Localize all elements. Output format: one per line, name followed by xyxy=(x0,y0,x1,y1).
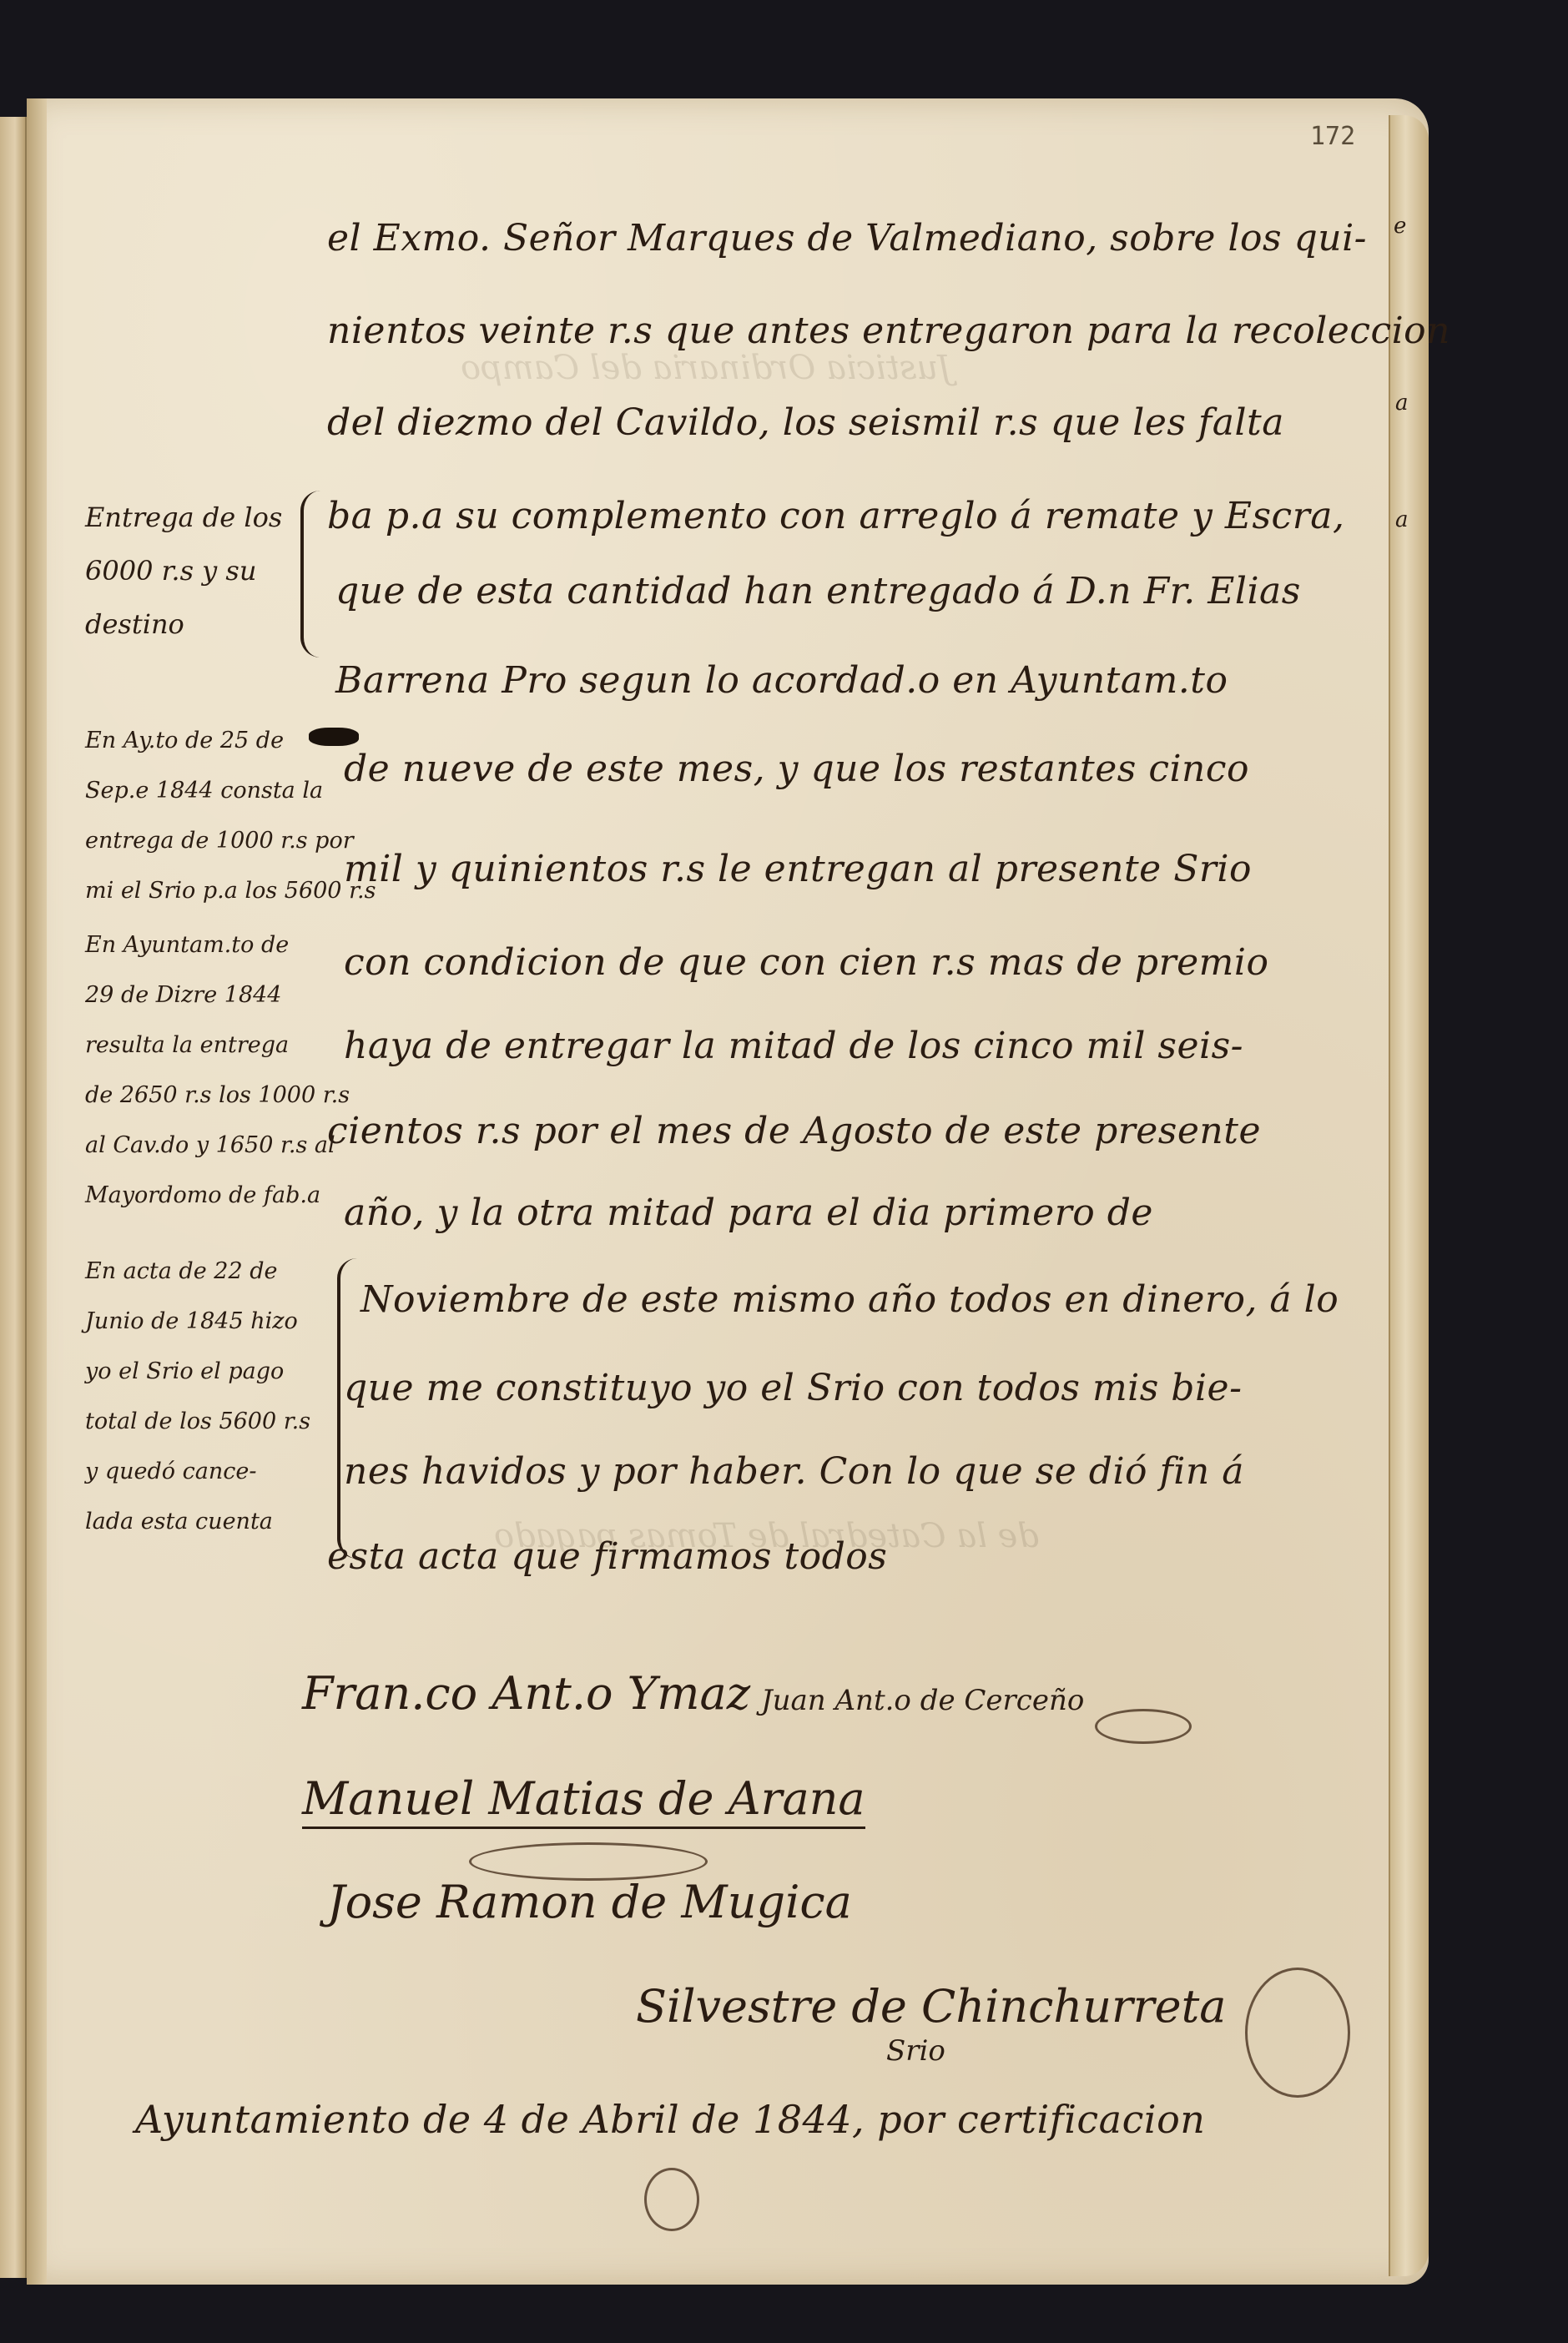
bleed-through-text: Justicia Ordinaria del Campo xyxy=(461,349,951,387)
ink-blot xyxy=(309,728,359,746)
margin-heading-line: destino xyxy=(85,597,282,651)
fore-edge-fragment: e xyxy=(1394,214,1406,239)
margin-note-line: En acta de 22 de xyxy=(85,1247,310,1297)
text-line: mil y quinientos r.s le entregan al pres… xyxy=(344,848,1252,890)
manuscript-page: e a a Justicia Ordinaria del Campo de la… xyxy=(27,98,1429,2285)
margin-note-line: Junio de 1845 hizo xyxy=(85,1297,310,1347)
signature: Jose Ramon de Mugica xyxy=(327,1876,852,1928)
text-line: Barrena Pro segun lo acordad.o en Ayunta… xyxy=(335,659,1228,702)
text-line: del diezmo del Cavildo, los seismil r.s … xyxy=(327,401,1284,444)
text-line: esta acta que firmamos todos xyxy=(327,1535,887,1578)
text-line: de nueve de este mes, y que los restante… xyxy=(344,748,1249,790)
text-line: cientos r.s por el mes de Agosto de este… xyxy=(327,1110,1261,1152)
margin-note: En Ay.to de 25 de Sep.e 1844 consta la e… xyxy=(85,716,376,916)
margin-note-line: mi el Srio p.a los 5600 r.s xyxy=(85,866,376,916)
margin-heading-line: Entrega de los xyxy=(85,491,282,544)
margin-note-line: 29 de Dizre 1844 xyxy=(85,970,350,1020)
footer-line: Ayuntamiento de 4 de Abril de 1844, por … xyxy=(135,2097,1205,2142)
margin-note-line: y quedó cance- xyxy=(85,1447,310,1497)
text-line: con condicion de que con cien r.s mas de… xyxy=(344,941,1268,984)
signature: Manuel Matias de Arana xyxy=(302,1772,865,1829)
margin-note-line: yo el Srio el pago xyxy=(85,1347,310,1397)
margin-note-line: de 2650 r.s los 1000 r.s xyxy=(85,1071,350,1121)
text-line: año, y la otra mitad para el dia primero… xyxy=(344,1192,1153,1234)
margin-note-line: al Cav.do y 1650 r.s al xyxy=(85,1121,350,1171)
folio-number: 172 xyxy=(1310,122,1355,151)
signature: Juan Ant.o de Cerceño xyxy=(761,1684,1084,1717)
margin-note: En acta de 22 de Junio de 1845 hizo yo e… xyxy=(85,1247,310,1547)
text-line: haya de entregar la mitad de los cinco m… xyxy=(344,1025,1243,1067)
margin-note-line: En Ayuntam.to de xyxy=(85,920,350,970)
fore-edge: e a a xyxy=(1389,115,1429,2276)
page-gutter xyxy=(27,98,47,2285)
fore-edge-fragment: a xyxy=(1395,390,1409,416)
signature: Fran.co Ant.o Ymaz xyxy=(302,1667,750,1720)
margin-brace xyxy=(337,1258,357,1559)
text-line: que de esta cantidad han entregado á D.n… xyxy=(335,570,1301,612)
fore-edge-fragment: a xyxy=(1395,507,1409,532)
text-line: que me constituyo yo el Srio con todos m… xyxy=(344,1367,1242,1409)
facing-page-edge xyxy=(0,117,27,2278)
rubric-flourish xyxy=(1245,1968,1350,2098)
margin-brace xyxy=(300,491,320,658)
text-line: nientos veinte r.s que antes entregaron … xyxy=(327,310,1450,352)
margin-note-line: Sep.e 1844 consta la xyxy=(85,766,376,816)
margin-note-line: Mayordomo de fab.a xyxy=(85,1171,350,1221)
text-line: ba p.a su complemento con arreglo á rema… xyxy=(327,495,1344,537)
signature: Silvestre de Chinchurreta xyxy=(636,1980,1226,2033)
margin-note-line: lada esta cuenta xyxy=(85,1497,310,1547)
margin-note-line: resulta la entrega xyxy=(85,1020,350,1071)
signature-title: Srio xyxy=(886,2034,945,2068)
rubric-flourish xyxy=(1095,1709,1192,1744)
margin-note-line: entrega de 1000 r.s por xyxy=(85,816,376,866)
margin-note-line: total de los 5600 r.s xyxy=(85,1397,310,1447)
text-line: el Exmo. Señor Marques de Valmediano, so… xyxy=(327,217,1367,259)
margin-heading-line: 6000 r.s y su xyxy=(85,544,282,597)
rubric-flourish xyxy=(644,2168,699,2231)
margin-heading: Entrega de los 6000 r.s y su destino xyxy=(85,491,282,651)
margin-note: En Ayuntam.to de 29 de Dizre 1844 result… xyxy=(85,920,350,1221)
text-line: Noviembre de este mismo año todos en din… xyxy=(360,1278,1339,1321)
text-line: nes havidos y por haber. Con lo que se d… xyxy=(344,1450,1244,1493)
